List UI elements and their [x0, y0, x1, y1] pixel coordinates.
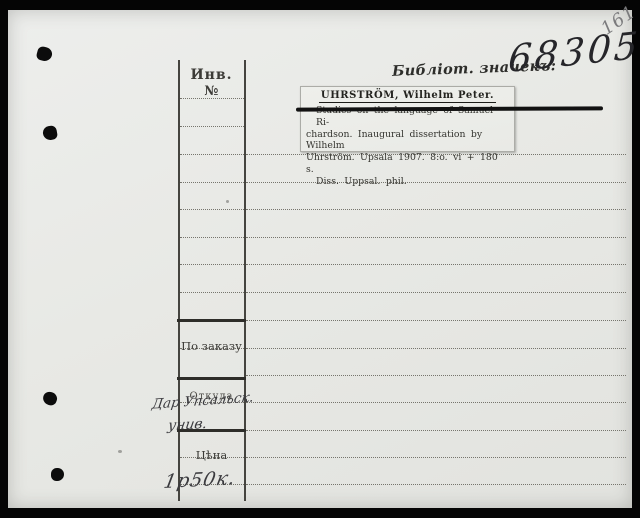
- paper-speck: [118, 450, 122, 453]
- price-handwriting: 1р50к.: [162, 467, 238, 493]
- inventory-label-line2: №: [178, 84, 245, 99]
- main-dotted-rule: [246, 484, 626, 485]
- slip-text-line: chardson. Inaugural dissertation by Wilh…: [306, 129, 509, 153]
- inventory-label-line1: Инв.: [178, 67, 245, 83]
- main-dotted-rule: [246, 264, 626, 265]
- catalog-card-scan: Инв. № По заказу Откуда Цѣна UHRSTRÖM, W…: [0, 0, 640, 518]
- slip-author-title: UHRSTRÖM, Wilhelm Peter.: [319, 90, 496, 103]
- po-zakazu-label: По заказу: [178, 339, 245, 353]
- otkuda-handwriting-line2: унив.: [167, 416, 208, 434]
- slip-text-line: Diss. Uppsal. phil.: [306, 176, 509, 188]
- column-dotted-rule: [180, 292, 244, 293]
- pasted-bibliographic-slip: UHRSTRÖM, Wilhelm Peter. Studies on the …: [300, 86, 515, 152]
- paper-speck: [226, 200, 229, 203]
- card-background: Инв. № По заказу Откуда Цѣна UHRSTRÖM, W…: [8, 10, 632, 508]
- column-right-line: [244, 60, 246, 501]
- main-dotted-rule: [246, 430, 626, 431]
- column-section-divider: [177, 377, 246, 380]
- column-dotted-rule: [180, 264, 244, 265]
- ink-blot: [51, 468, 64, 481]
- main-dotted-rule: [246, 457, 626, 458]
- column-dotted-rule: [180, 209, 244, 210]
- main-dotted-rule: [246, 292, 626, 293]
- otkuda-handwriting-line1: Дар Упсальск.: [151, 389, 255, 412]
- tsena-label: Цѣна: [178, 448, 245, 462]
- column-dotted-rule: [180, 182, 244, 183]
- column-section-divider: [177, 319, 246, 322]
- column-dotted-rule: [180, 126, 244, 127]
- column-dotted-rule: [180, 237, 244, 238]
- ink-blot: [35, 45, 53, 62]
- main-dotted-rule: [246, 348, 626, 349]
- main-dotted-rule: [246, 237, 626, 238]
- ink-rule-line: [296, 106, 603, 111]
- column-dotted-rule: [180, 154, 244, 155]
- main-dotted-rule: [246, 320, 626, 321]
- slip-text-line: Uhrström. Upsala 1907. 8:o. vi + 180 s.: [306, 152, 509, 176]
- main-dotted-rule: [246, 209, 626, 210]
- ink-blot: [41, 390, 59, 407]
- main-dotted-rule: [246, 402, 626, 403]
- main-dotted-rule: [246, 375, 626, 376]
- ink-blot: [42, 125, 58, 141]
